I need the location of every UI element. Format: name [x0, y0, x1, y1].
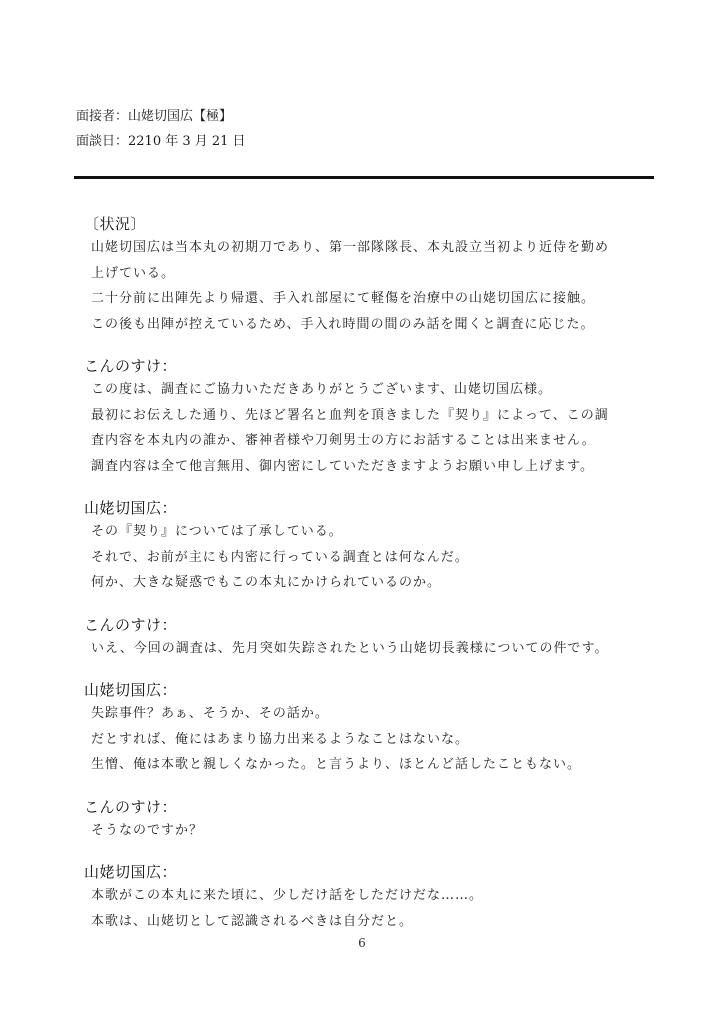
dialogue-line: 何か、大きな疑惑でもこの本丸にかけられているのか。 — [91, 570, 664, 596]
dialogue-line: そうなのですか？ — [91, 818, 664, 844]
speaker-label: こんのすけ： — [84, 355, 664, 377]
speaker-label: こんのすけ： — [84, 614, 664, 636]
paragraph-line: 二十分前に出陣先より帰還、手入れ部屋にて軽傷を治療中の山姥切国広に接触。 — [91, 286, 664, 312]
paragraph-line: この後も出陣が控えているため、手入れ時間の間のみ話を聞くと調査に応じた。 — [91, 312, 664, 338]
dialogue-konnosuke: こんのすけ： いえ、今回の調査は、先月突如失踪されたという山姥切長義様についての… — [84, 614, 664, 662]
dialogue-line: 本歌がこの本丸に来た頃に、少しだけ話をしただけだな……。 — [91, 883, 664, 909]
dialogue-line: だとすれば、俺にはあまり協力出来るようなことはないな。 — [91, 727, 664, 753]
dialogue-line: 生憎、俺は本歌と親しくなかった。と言うより、ほとんど話したこともない。 — [91, 752, 664, 778]
paragraph-line: 上げている。 — [91, 261, 664, 287]
dialogue-line: 査内容を本丸内の誰か、審神者様や刀剣男士の方にお話することは出来ません。 — [91, 428, 664, 454]
speaker-label: 山姥切国広： — [84, 497, 664, 519]
dialogue-konnosuke: こんのすけ： そうなのですか？ — [84, 796, 664, 844]
interview-date-line: 面談日：2210 年 3 月 21 日 — [76, 129, 246, 154]
interviewee-line: 面接者：山姥切国広【極】 — [76, 104, 246, 129]
document-body: 〔状況〕 山姥切国広は当本丸の初期刀であり、第一部隊隊長、本丸設立当初より近侍を… — [84, 213, 664, 952]
dialogue-yamanbagiri: 山姥切国広： 本歌がこの本丸に来た頃に、少しだけ話をしただけだな……。 本歌は、… — [84, 861, 664, 934]
page-number: 6 — [0, 936, 724, 950]
horizontal-rule — [74, 176, 654, 179]
dialogue-line: この度は、調査にご協力いただきありがとうございます、山姥切国広様。 — [91, 377, 664, 403]
dialogue-yamanbagiri: 山姥切国広： 失踪事件？あぁ、そうか、その話か。 だとすれば、俺にはあまり協力出… — [84, 679, 664, 778]
dialogue-line: 調査内容は全て他言無用、御内密にしていただきますようお願い申し上げます。 — [91, 454, 664, 480]
dialogue-line: その『契り』については了承している。 — [91, 519, 664, 545]
section-situation: 〔状況〕 山姥切国広は当本丸の初期刀であり、第一部隊隊長、本丸設立当初より近侍を… — [84, 213, 664, 337]
dialogue-line: 本歌は、山姥切として認識されるべきは自分だと。 — [91, 909, 664, 935]
document-header: 面接者：山姥切国広【極】 面談日：2210 年 3 月 21 日 — [76, 104, 246, 154]
dialogue-line: それで、お前が主にも内密に行っている調査とは何なんだ。 — [91, 545, 664, 571]
dialogue-line: いえ、今回の調査は、先月突如失踪されたという山姥切長義様についての件です。 — [91, 636, 664, 662]
speaker-label: 山姥切国広： — [84, 679, 664, 701]
dialogue-line: 失踪事件？あぁ、そうか、その話か。 — [91, 701, 664, 727]
dialogue-yamanbagiri: 山姥切国広： その『契り』については了承している。 それで、お前が主にも内密に行… — [84, 497, 664, 596]
paragraph-line: 山姥切国広は当本丸の初期刀であり、第一部隊隊長、本丸設立当初より近侍を勤め — [91, 235, 664, 261]
section-heading: 〔状況〕 — [84, 213, 664, 235]
speaker-label: 山姥切国広： — [84, 861, 664, 883]
dialogue-line: 最初にお伝えした通り、先ほど署名と血判を頂きました『契り』によって、この調 — [91, 403, 664, 429]
dialogue-konnosuke: こんのすけ： この度は、調査にご協力いただきありがとうございます、山姥切国広様。… — [84, 355, 664, 479]
speaker-label: こんのすけ： — [84, 796, 664, 818]
